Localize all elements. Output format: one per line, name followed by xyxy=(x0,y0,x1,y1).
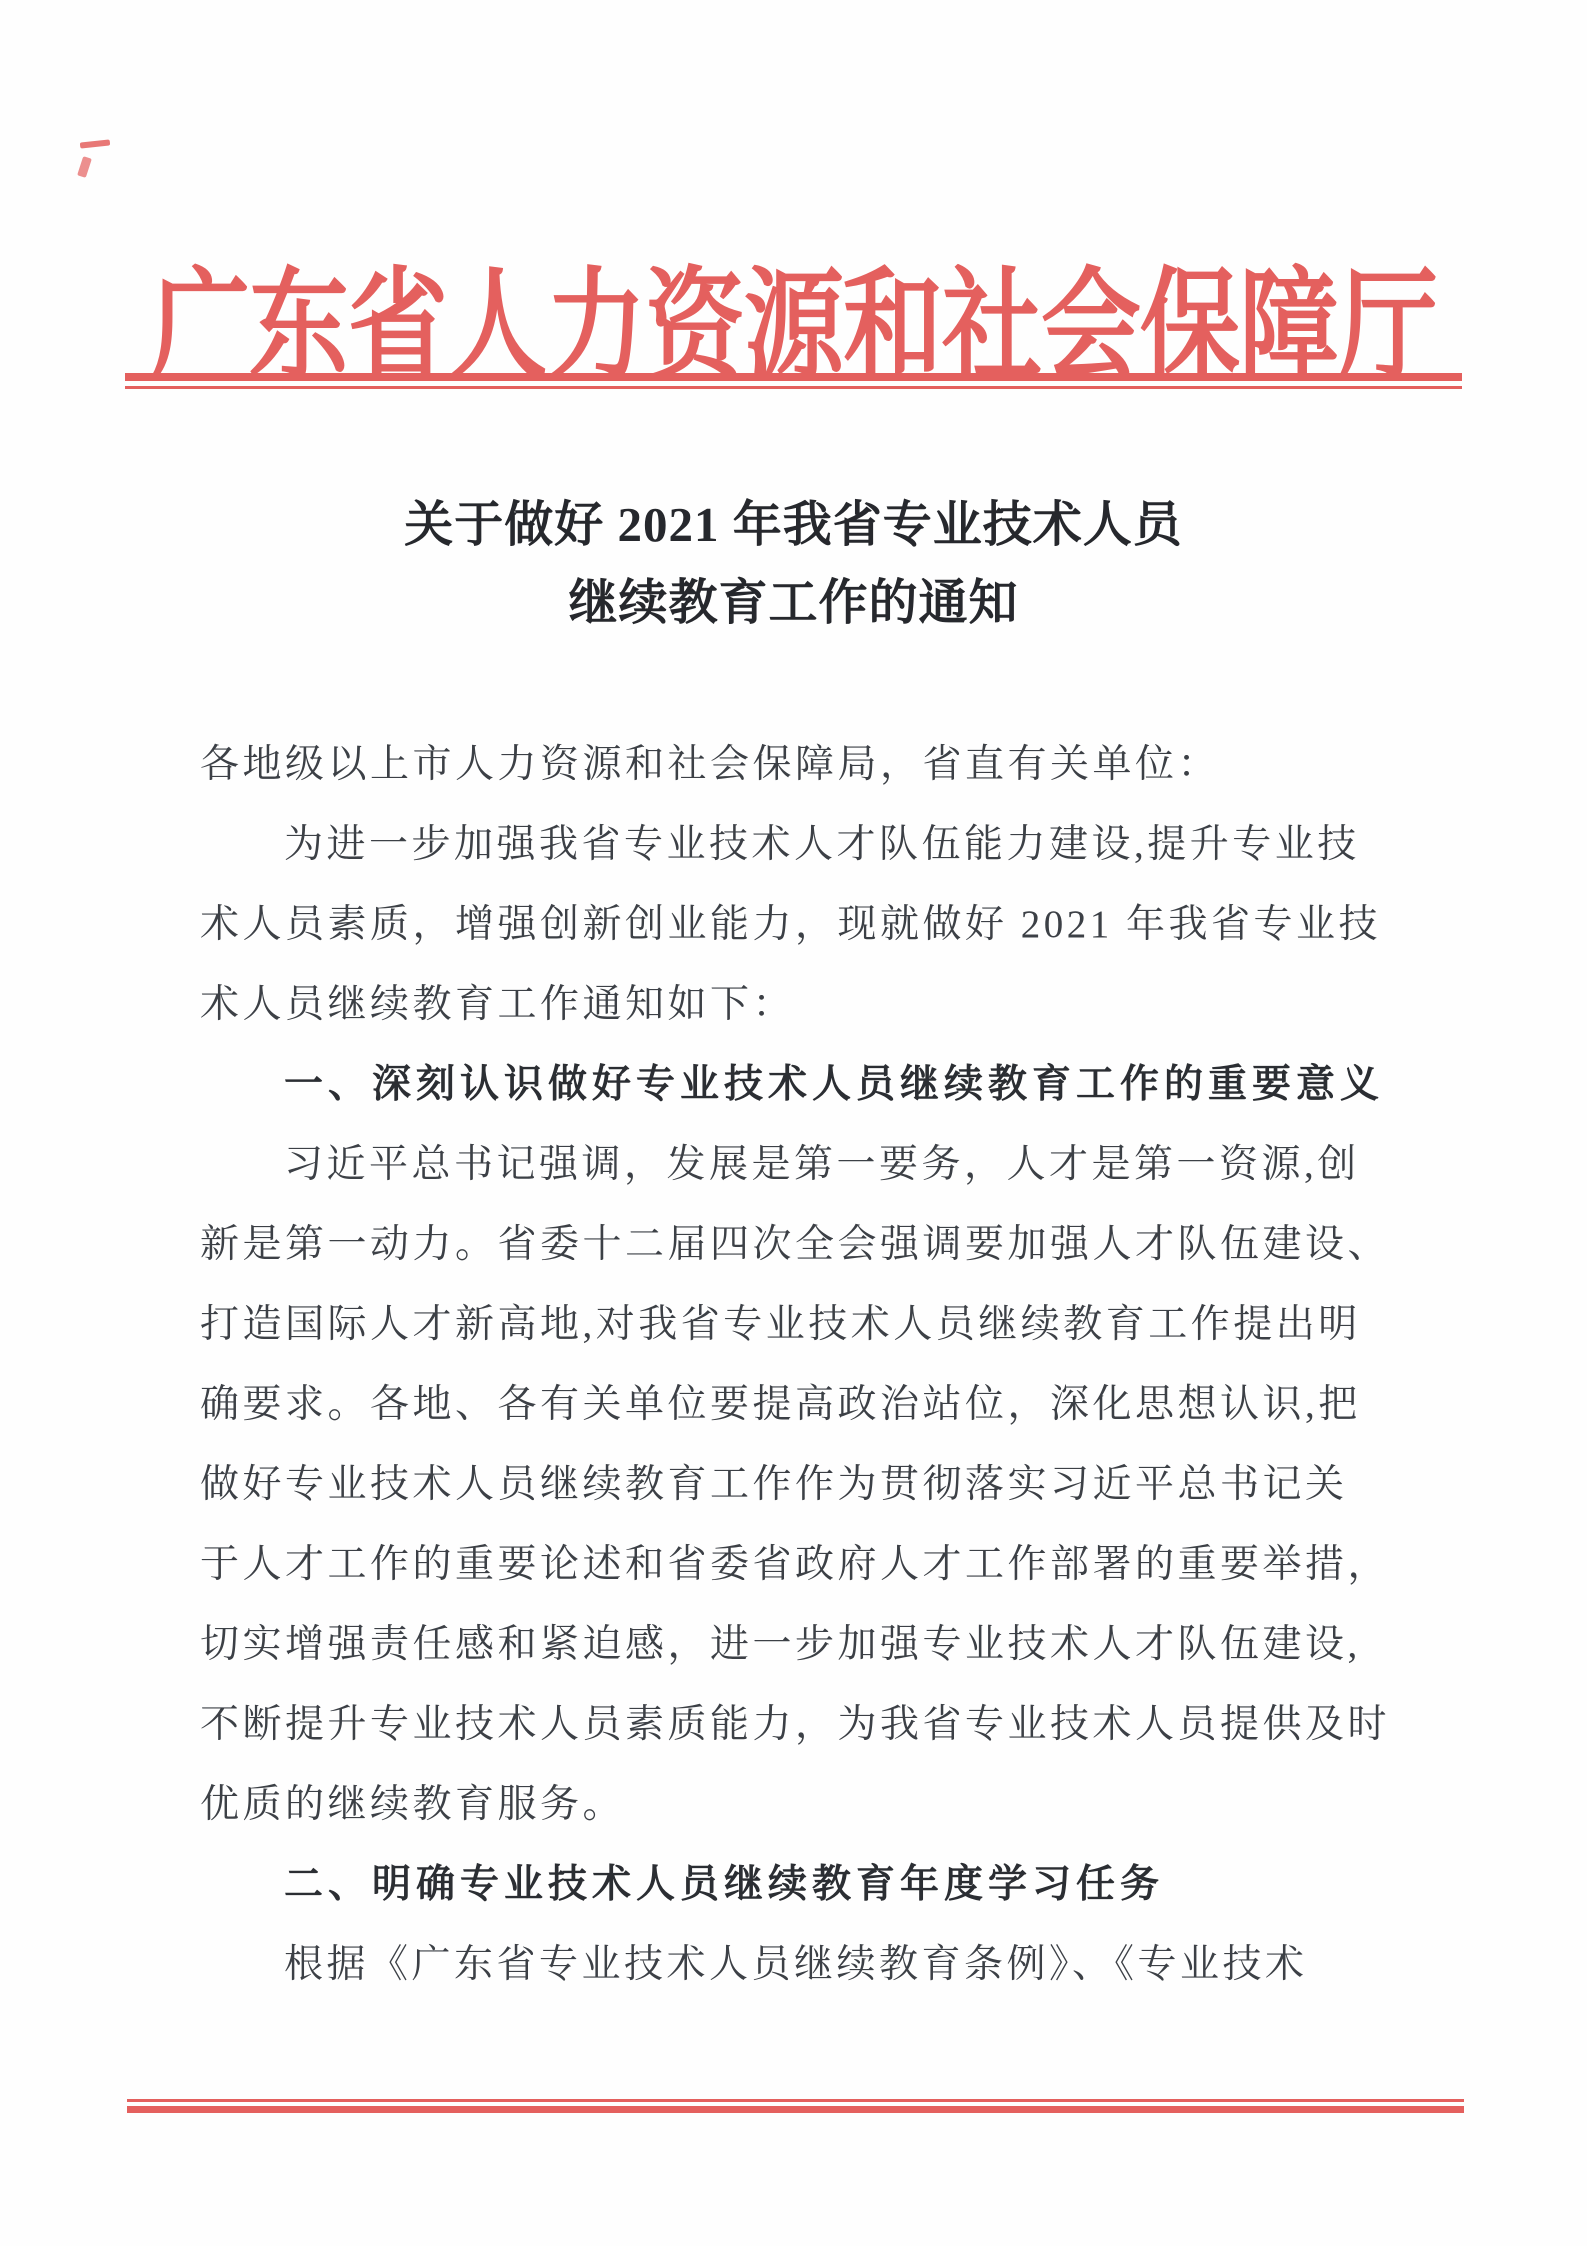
header-double-rule xyxy=(125,373,1462,389)
body-line: 确要求。各地、各有关单位要提高政治站位，深化思想认识,把 xyxy=(200,1365,1400,1445)
body-line: 根据《广东省专业技术人员继续教育条例》、《专业技术 xyxy=(200,1925,1400,2005)
body-line: 做好专业技术人员继续教育工作作为贯彻落实习近平总书记关 xyxy=(200,1445,1400,1525)
footer-rule-thin xyxy=(127,2099,1464,2102)
section-heading: 二、明确专业技术人员继续教育年度学习任务 xyxy=(200,1845,1400,1925)
body-line: 不断提升专业技术人员素质能力，为我省专业技术人员提供及时 xyxy=(200,1685,1400,1765)
body-line: 于人才工作的重要论述和省委省政府人才工作部署的重要举措， xyxy=(200,1525,1400,1605)
footer-rule-thick xyxy=(127,2106,1464,2113)
scan-speck xyxy=(80,139,110,148)
document-title-line2: 继续教育工作的通知 xyxy=(0,564,1587,642)
document-title-line1: 关于做好 2021 年我省专业技术人员 xyxy=(0,486,1587,564)
header-rule-thick xyxy=(125,373,1462,381)
body-line: 为进一步加强我省专业技术人才队伍能力建设,提升专业技 xyxy=(200,805,1400,885)
scan-speck xyxy=(77,156,92,178)
document-page: 广东省人力资源和社会保障厅 关于做好 2021 年我省专业技术人员 继续教育工作… xyxy=(0,0,1587,2246)
section-heading: 一、深刻认识做好专业技术人员继续教育工作的重要意义 xyxy=(200,1045,1400,1125)
header-rule-thin xyxy=(125,386,1462,389)
salutation-line: 各地级以上市人力资源和社会保障局，省直有关单位： xyxy=(200,725,1400,805)
document-body: 各地级以上市人力资源和社会保障局，省直有关单位：为进一步加强我省专业技术人才队伍… xyxy=(200,725,1400,2005)
footer-double-rule xyxy=(127,2099,1464,2113)
body-line: 优质的继续教育服务。 xyxy=(200,1765,1400,1845)
body-line: 习近平总书记强调，发展是第一要务，人才是第一资源,创 xyxy=(200,1125,1400,1205)
body-line: 切实增强责任感和紧迫感，进一步加强专业技术人才队伍建设, xyxy=(200,1605,1400,1685)
body-line: 新是第一动力。省委十二届四次全会强调要加强人才队伍建设、 xyxy=(200,1205,1400,1285)
body-line: 术人员素质，增强创新创业能力，现就做好 2021 年我省专业技 xyxy=(200,885,1400,965)
body-line: 打造国际人才新高地,对我省专业技术人员继续教育工作提出明 xyxy=(200,1285,1400,1365)
body-line: 术人员继续教育工作通知如下： xyxy=(200,965,1400,1045)
document-title: 关于做好 2021 年我省专业技术人员 继续教育工作的通知 xyxy=(0,486,1587,642)
